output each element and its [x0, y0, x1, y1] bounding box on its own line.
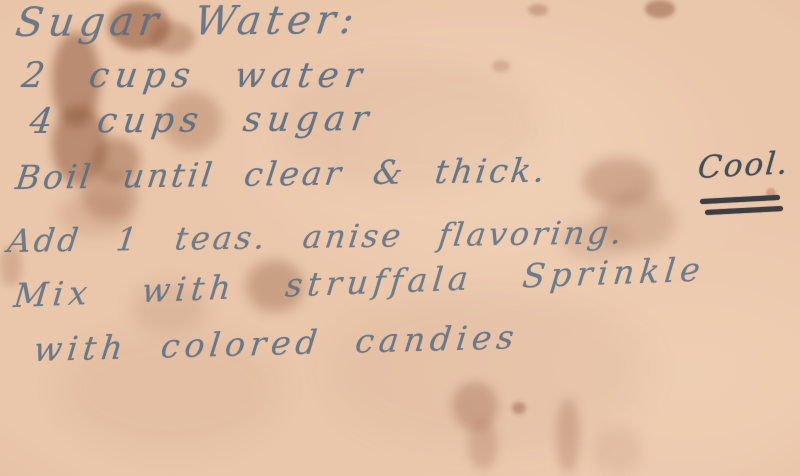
stain-spot	[528, 4, 548, 16]
recipe-ingredient-water: 2 cups water	[19, 56, 370, 96]
cool-underline-2	[705, 206, 783, 215]
stain-blob	[452, 382, 498, 430]
stain-blob	[556, 398, 580, 473]
recipe-note-cool: Cool.	[696, 145, 791, 186]
stain-spot	[645, 0, 675, 18]
stain-blob	[468, 420, 498, 470]
recipe-card: Sugar Water: 2 cups water 4 cups sugar B…	[0, 0, 800, 476]
recipe-title: Sugar Water:	[13, 0, 362, 46]
recipe-ingredient-sugar: 4 cups sugar	[27, 99, 376, 142]
recipe-step-mix: Mix with struffala Sprinkle	[12, 250, 707, 315]
recipe-step-flavoring: Add 1 teas. anise flavoring.	[6, 213, 627, 260]
cool-underline-1	[700, 195, 780, 204]
stain-blob	[582, 158, 657, 206]
recipe-step-boil: Boil until clear & thick.	[14, 151, 550, 197]
stain-blob	[592, 428, 642, 473]
stain-spot	[492, 60, 510, 72]
recipe-step-candies: with colored candies	[32, 317, 521, 369]
stain-wash	[330, 290, 650, 450]
stain-spot	[512, 402, 526, 414]
